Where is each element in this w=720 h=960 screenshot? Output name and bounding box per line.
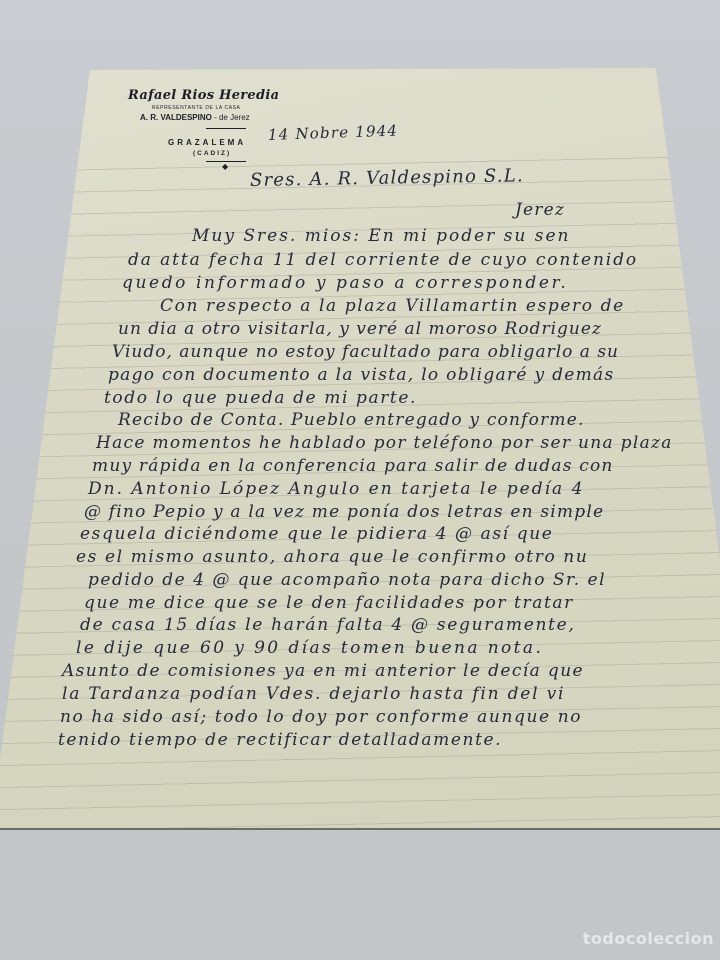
letter-line: le dije que 60 y 90 días tomen buena not… [76, 638, 543, 658]
letterhead-province: (CADIZ) [193, 150, 231, 157]
letterhead-representative: REPRESENTANTE DE LA CASA [152, 105, 241, 111]
letter-line: da atta fecha 11 del corriente de cuyo c… [128, 250, 638, 270]
letterhead-ornament: ◆ [222, 162, 228, 171]
letter-line: la Tardanza podían Vdes. dejarlo hasta f… [62, 684, 565, 704]
company-name: A. R. VALDESPINO [140, 113, 212, 122]
letter-line: que me dice que se le den facilidades po… [84, 593, 574, 613]
letter-line: no ha sido así; todo lo doy por conforme… [60, 707, 582, 727]
letter-line: Muy Sres. mios: En mi poder su sen [192, 226, 571, 246]
letterhead-company: A. R. VALDESPINO - de Jerez [140, 113, 250, 122]
letter-line: Recibo de Conta. Pueblo entregado y conf… [118, 410, 585, 430]
letter-line: esquela diciéndome que le pidiera 4 @ as… [80, 524, 553, 544]
letterhead-town: GRAZALEMA [168, 138, 246, 147]
letter-line: @ fino Pepio y a la vez me ponía dos let… [84, 502, 604, 522]
letterhead-divider [206, 128, 246, 129]
letter-line: quedo informado y paso a corresponder. [122, 273, 568, 293]
letterhead-name: Rafael Rios Heredia [128, 88, 279, 103]
letter-line: pago con documento a la vista, lo obliga… [108, 365, 615, 385]
letter-line: Asunto de comisiones ya en mi anterior l… [62, 661, 584, 681]
watermark: todocoleccion [583, 929, 714, 948]
letter-line: tenido tiempo de rectificar detalladamen… [58, 730, 502, 750]
letter-line: Con respecto a la plaza Villamartin espe… [160, 296, 625, 316]
letter-line: Viudo, aunque no estoy facultado para ob… [112, 342, 619, 362]
letter-line: de casa 15 días le harán falta 4 @ segur… [80, 615, 576, 635]
letter-line: pedido de 4 @ que acompaño nota para dic… [88, 570, 606, 590]
letter-line: muy rápida en la conferencia para salir … [92, 456, 614, 476]
letter-line: es el mismo asunto, ahora que le confirm… [76, 547, 588, 567]
letter-line: todo lo que pueda de mi parte. [104, 388, 417, 408]
letter-recipient-city: Jerez [515, 200, 565, 220]
paper-edge [0, 828, 720, 830]
letter-line: Hace momentos he hablado por teléfono po… [96, 433, 673, 453]
letter-line: un dia a otro visitarla, y veré al moros… [118, 319, 602, 339]
letter-line: Dn. Antonio López Angulo en tarjeta le p… [88, 479, 584, 499]
company-suffix: - de Jerez [214, 113, 250, 122]
